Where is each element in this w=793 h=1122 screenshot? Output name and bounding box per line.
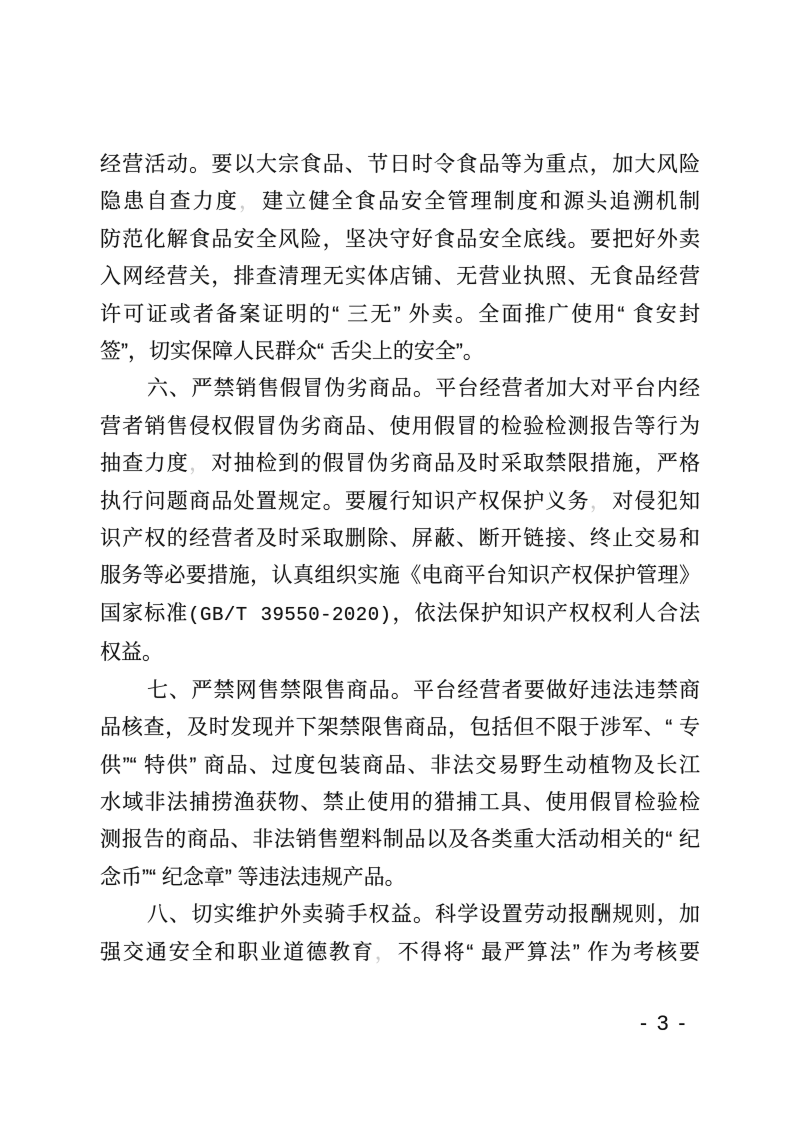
document-line: 经营活动。要以大宗食品、节日时令食品等为重点，加大风险 <box>100 146 700 183</box>
paragraph: 六、严禁销售假冒伪劣商品。平台经营者加大对平台内经营者销售侵权假冒伪劣商品、使用… <box>100 370 700 671</box>
document-line: 国家标准(GB/T 39550-2020)，依法保护知识产权权利人合法 <box>100 595 700 634</box>
document-line: 抽查力度，对抽检到的假冒伪劣商品及时采取禁限措施，严格 <box>100 445 700 482</box>
document-body: 经营活动。要以大宗食品、节日时令食品等为重点，加大风险隐患自查力度，建立健全食品… <box>100 146 700 971</box>
document-line: 七、严禁网售禁限售商品。平台经营者要做好违法违禁商 <box>100 672 700 709</box>
document-line: 识产权的经营者及时采取删除、屏蔽、断开链接、终止交易和 <box>100 520 700 557</box>
document-line: 入网经营关，排查清理无实体店铺、无营业执照、无食品经营 <box>100 258 700 295</box>
faint-punctuation: ， <box>590 490 612 513</box>
document-line: 八、切实维护外卖骑手权益。科学设置劳动报酬规则，加 <box>100 896 700 933</box>
document-line: 水域非法捕捞渔获物、禁止使用的猎捕工具、使用假冒检验检 <box>100 784 700 821</box>
document-line: 强交通安全和职业道德教育，不得将“ 最严算法” 作为考核要 <box>100 934 700 971</box>
document-line: 执行问题商品处置规定。要履行知识产权保护义务，对侵犯知 <box>100 483 700 520</box>
paragraph: 七、严禁网售禁限售商品。平台经营者要做好违法违禁商品核查，及时发现并下架禁限售商… <box>100 672 700 896</box>
paragraph: 八、切实维护外卖骑手权益。科学设置劳动报酬规则，加强交通安全和职业道德教育，不得… <box>100 896 700 971</box>
faint-punctuation: ， <box>189 452 211 475</box>
document-page: 经营活动。要以大宗食品、节日时令食品等为重点，加大风险隐患自查力度，建立健全食品… <box>0 0 793 1122</box>
document-line: 供”“ 特供” 商品、过度包装商品、非法交易野生动植物及长江 <box>100 747 700 784</box>
document-line: 防范化解食品安全风险，坚决守好食品安全底线。要把好外卖 <box>100 221 700 258</box>
document-line: 品核查，及时发现并下架禁限售商品，包括但不限于涉军、“ 专 <box>100 709 700 746</box>
document-line: 服务等必要措施，认真组织实施《电商平台知识产权保护管理》 <box>100 557 700 594</box>
document-line: 隐患自查力度，建立健全食品安全管理制度和源头追溯机制 <box>100 183 700 220</box>
standard-number: (GB/T 39550-2020) <box>188 604 391 626</box>
document-line: 许可证或者备案证明的“ 三无” 外卖。全面推广使用“ 食安封 <box>100 296 700 333</box>
paragraph: 经营活动。要以大宗食品、节日时令食品等为重点，加大风险隐患自查力度，建立健全食品… <box>100 146 700 370</box>
faint-punctuation: ， <box>375 941 398 964</box>
page-number: - 3 - <box>640 1012 687 1036</box>
document-line: 权益。 <box>100 634 700 671</box>
document-line: 测报告的商品、非法销售塑料制品以及各类重大活动相关的“ 纪 <box>100 821 700 858</box>
faint-punctuation: ， <box>239 190 262 213</box>
document-line: 营者销售侵权假冒伪劣商品、使用假冒的检验检测报告等行为 <box>100 408 700 445</box>
document-line: 签”，切实保障人民群众“ 舌尖上的安全”。 <box>100 333 700 370</box>
document-line: 六、严禁销售假冒伪劣商品。平台经营者加大对平台内经 <box>100 370 700 407</box>
document-line: 念币”“ 纪念章” 等违法违规产品。 <box>100 859 700 896</box>
